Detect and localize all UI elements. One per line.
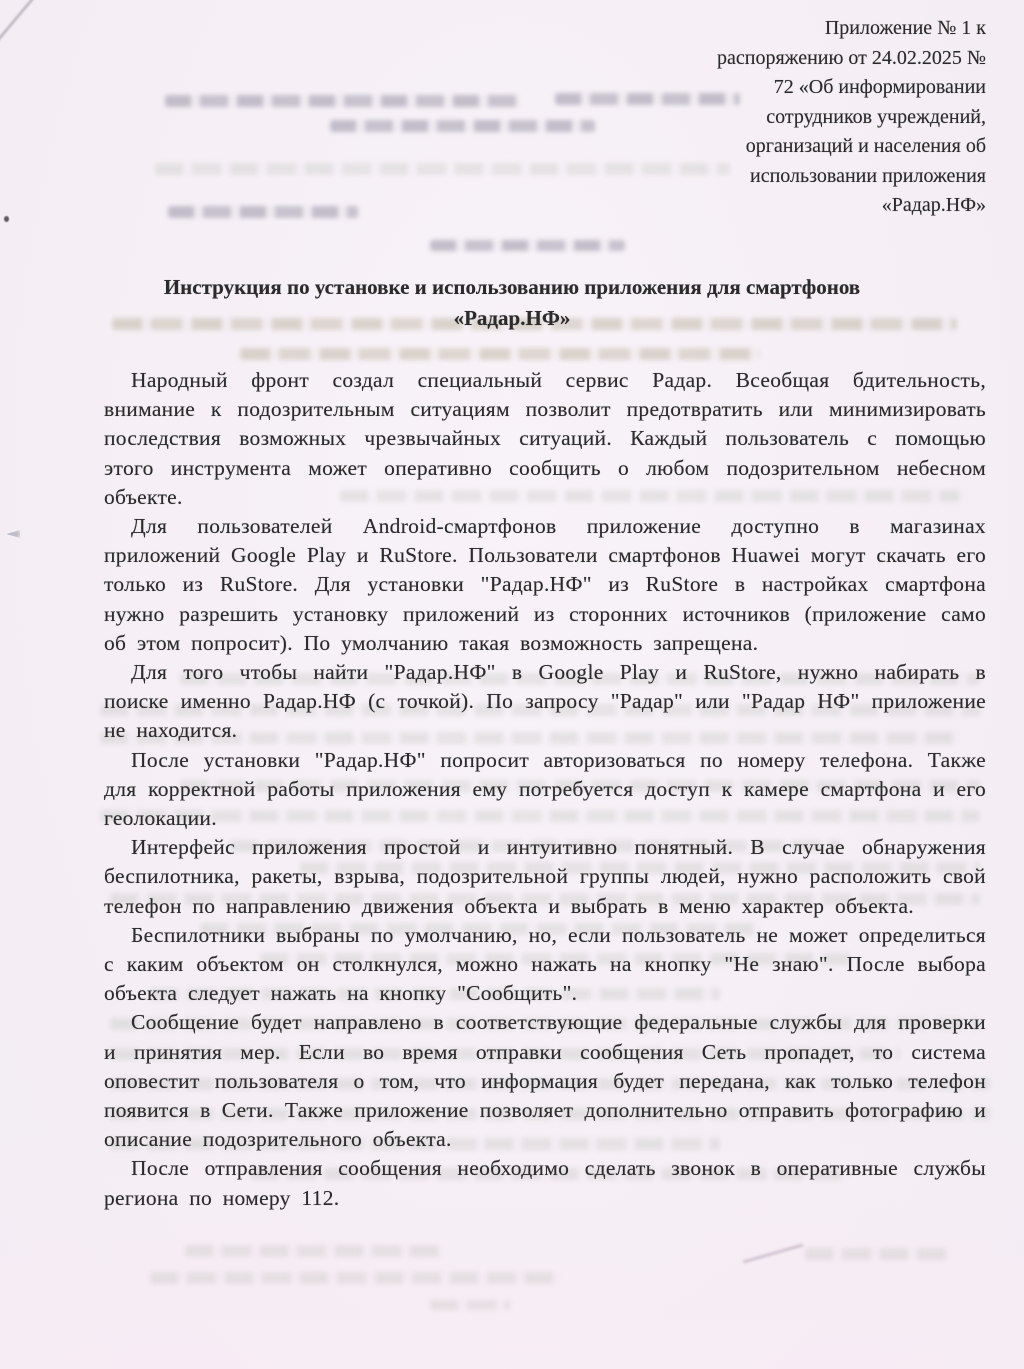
bleedthrough-smudge bbox=[330, 120, 595, 132]
paragraph-call-112: После отправления сообщения необходимо с… bbox=[104, 1154, 986, 1212]
paragraph-authorization: После установки "Радар.НФ" попросит авто… bbox=[104, 746, 986, 834]
document-title: Инструкция по установке и использованию … bbox=[0, 272, 1024, 334]
edge-smudge bbox=[6, 530, 20, 538]
paragraph-search-name: Для того чтобы найти "Радар.НФ" в Google… bbox=[104, 658, 986, 746]
document-body: Народный фронт создал специальный сервис… bbox=[104, 366, 986, 1213]
paragraph-intro: Народный фронт создал специальный сервис… bbox=[104, 366, 986, 512]
bleedthrough-smudge bbox=[185, 1245, 445, 1257]
paragraph-interface: Интерфейс приложения простой и интуитивн… bbox=[104, 833, 986, 921]
bleedthrough-smudge bbox=[430, 1300, 510, 1310]
bleedthrough-smudge bbox=[165, 95, 520, 107]
attribution-line: организаций и населения об bbox=[634, 132, 986, 162]
bleedthrough-smudge bbox=[168, 206, 358, 218]
bleedthrough-smudge bbox=[240, 348, 760, 360]
document-attribution-block: Приложение № 1 к распоряжению от 24.02.2… bbox=[634, 14, 986, 221]
stray-ink-dot bbox=[4, 216, 9, 222]
paragraph-install-stores: Для пользователей Android-смартфонов при… bbox=[104, 512, 986, 658]
attribution-line: распоряжению от 24.02.2025 № bbox=[634, 44, 986, 74]
attribution-line: сотрудников учреждений, bbox=[634, 103, 986, 133]
attribution-line: Приложение № 1 к bbox=[634, 14, 986, 44]
document-title-line: Инструкция по установке и использованию … bbox=[0, 272, 1024, 303]
bleedthrough-smudge bbox=[430, 240, 625, 251]
bleedthrough-signature-stroke bbox=[743, 1244, 803, 1264]
page-corner-crease bbox=[0, 0, 35, 46]
attribution-line: 72 «Об информировании bbox=[634, 73, 986, 103]
paragraph-default-choice: Беспилотники выбраны по умолчанию, но, е… bbox=[104, 921, 986, 1009]
scanned-document-page: Приложение № 1 к распоряжению от 24.02.2… bbox=[0, 0, 1024, 1369]
bleedthrough-signature-smudge bbox=[805, 1248, 950, 1260]
document-title-line: «Радар.НФ» bbox=[0, 303, 1024, 334]
attribution-line: использовании приложения bbox=[634, 162, 986, 192]
bleedthrough-smudge bbox=[150, 1272, 560, 1284]
attribution-line: «Радар.НФ» bbox=[634, 191, 986, 221]
paragraph-message-routing: Сообщение будет направлено в соответству… bbox=[104, 1008, 986, 1154]
